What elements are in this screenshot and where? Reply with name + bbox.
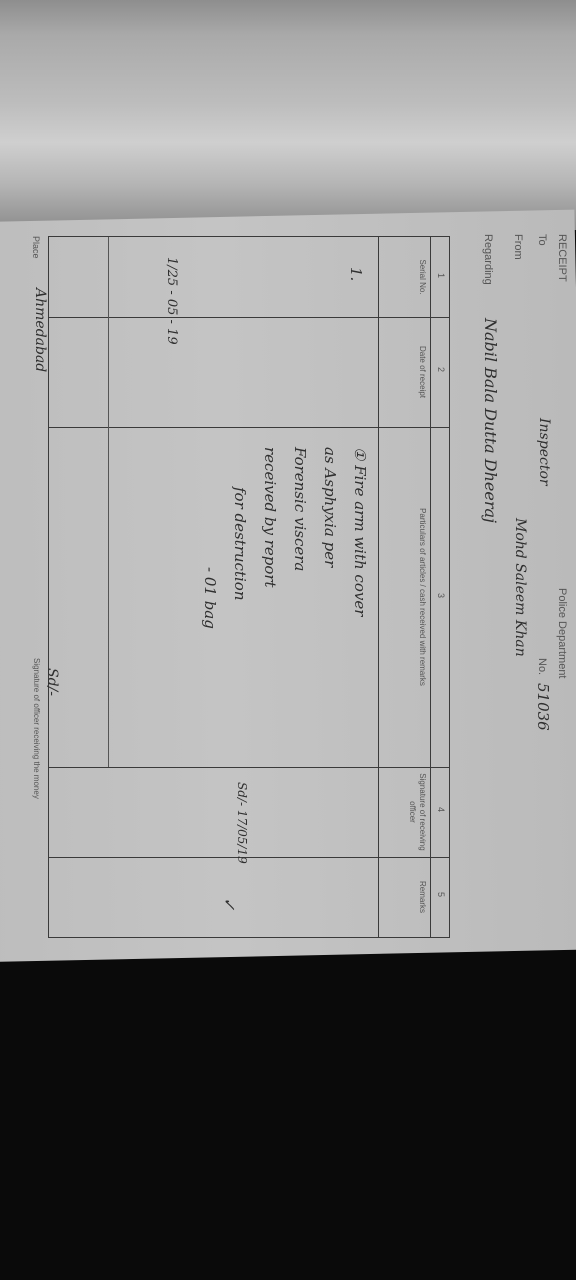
remarks-mark: ✓: [220, 897, 239, 910]
header-field-value: Nabil Bala Dutta Dheeraj: [481, 318, 500, 523]
header-field-value: Mohd Saleem Khan: [512, 518, 528, 657]
particulars-line: as Asphyxia per: [315, 447, 345, 567]
department-name: Police Department: [556, 588, 568, 679]
form-title: RECEIPT: [556, 234, 568, 282]
column-number: 2: [436, 367, 446, 372]
header-field-value: Inspector: [536, 418, 552, 486]
place-label: Place: [31, 236, 41, 259]
column-number: 1: [436, 273, 446, 278]
column-number: 3: [436, 593, 446, 598]
column-header: Serial No.: [417, 241, 427, 313]
serial-number: 1.: [341, 267, 371, 281]
particulars-line: received by report: [255, 447, 285, 588]
particulars-line: Forensic viscera: [285, 447, 315, 571]
header-field-label: From: [512, 234, 524, 260]
place-value: Ahmedabad: [32, 288, 48, 372]
column-header: Remarks: [417, 861, 427, 933]
column-header: Signature of receiving officer: [407, 771, 427, 853]
column-header: Date of receipt: [417, 321, 427, 423]
officer-signature-label: Signature of officer receiving the money: [32, 658, 41, 799]
receiving-officer-signature: Sd/- 17/05/19: [235, 782, 249, 864]
form-number: 51036: [534, 683, 552, 731]
column-number: 4: [436, 807, 446, 812]
receipt-table: 1 2 3 4 5 Serial No. Date of receipt Par…: [48, 236, 450, 938]
receipt-form: Police Department No. 51036 RECEIPT To I…: [36, 228, 576, 948]
column-number: 5: [436, 892, 446, 897]
particulars-line: for destruction: [225, 487, 255, 600]
total-note: 1/25 - 05 - 19: [164, 257, 179, 345]
header-field-label: To: [536, 234, 548, 246]
form-number-label: No.: [536, 658, 548, 675]
particulars-line: ① Fire arm with cover: [345, 447, 375, 616]
particulars-line: - 01 bag: [195, 567, 225, 629]
header-field-label: Regarding: [482, 234, 494, 285]
column-header: Particulars of articles / cash received …: [417, 431, 427, 763]
officer-signature: Sd/-: [44, 668, 60, 696]
background-surface: [0, 0, 576, 230]
